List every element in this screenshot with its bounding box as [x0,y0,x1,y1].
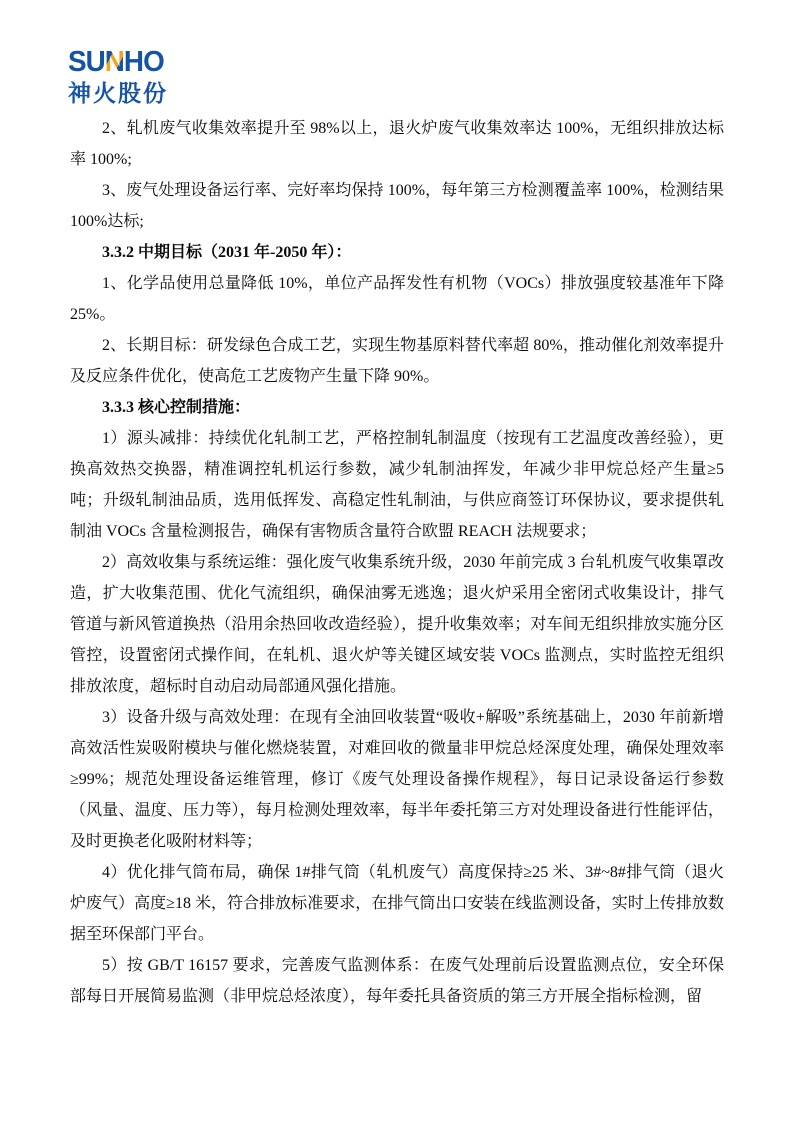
paragraph-equipment-operation: 3、废气处理设备运行率、完好率均保持 100%，每年第三方检测覆盖率 100%，… [70,175,724,237]
paragraph-collection-efficiency: 2、轧机废气收集效率提升至 98%以上，退火炉废气收集效率达 100%，无组织排… [70,113,724,175]
paragraph-equipment-upgrade: 3）设备升级与高效处理：在现有全油回收装置“吸收+解吸”系统基础上，2030 年… [70,702,724,857]
logo-letter-n-orange-accent: N [105,46,124,78]
paragraph-chemical-reduction: 1、化学品使用总量降低 10%，单位产品挥发性有机物（VOCs）排放强度较基准年… [70,268,724,330]
logo-wordmark: SUNHO [68,48,164,77]
section-heading-3-3-2: 3.3.2 中期目标（2031 年-2050 年）： [70,237,724,268]
section-heading-3-3-3: 3.3.3 核心控制措施： [70,392,724,423]
paragraph-stack-layout: 4）优化排气筒布局，确保 1#排气筒（轧机废气）高度保持≥25 米、3#~8#排… [70,857,724,950]
paragraph-monitoring-system: 5）按 GB/T 16157 要求，完善废气监测体系：在废气处理前后设置监测点位… [70,950,724,1012]
document-page: SUNHO 神火股份 2、轧机废气收集效率提升至 98%以上，退火炉废气收集效率… [0,0,794,1123]
paragraph-collection-maintenance: 2）高效收集与系统运维：强化废气收集系统升级，2030 年前完成 3 台轧机废气… [70,547,724,702]
logo-subtitle: 神火股份 [68,80,168,106]
logo-letters-su: SU [68,46,105,78]
document-body: 2、轧机废气收集效率提升至 98%以上，退火炉废气收集效率达 100%，无组织排… [70,113,724,1012]
paragraph-long-term-goal: 2、长期目标：研发绿色合成工艺，实现生物基原料替代率超 80%，推动催化剂效率提… [70,330,724,392]
company-logo: SUNHO 神火股份 [68,48,168,106]
logo-letters-ho: HO [124,46,164,78]
paragraph-source-reduction: 1）源头减排：持续优化轧制工艺，严格控制轧制温度（按现有工艺温度改善经验），更换… [70,423,724,547]
